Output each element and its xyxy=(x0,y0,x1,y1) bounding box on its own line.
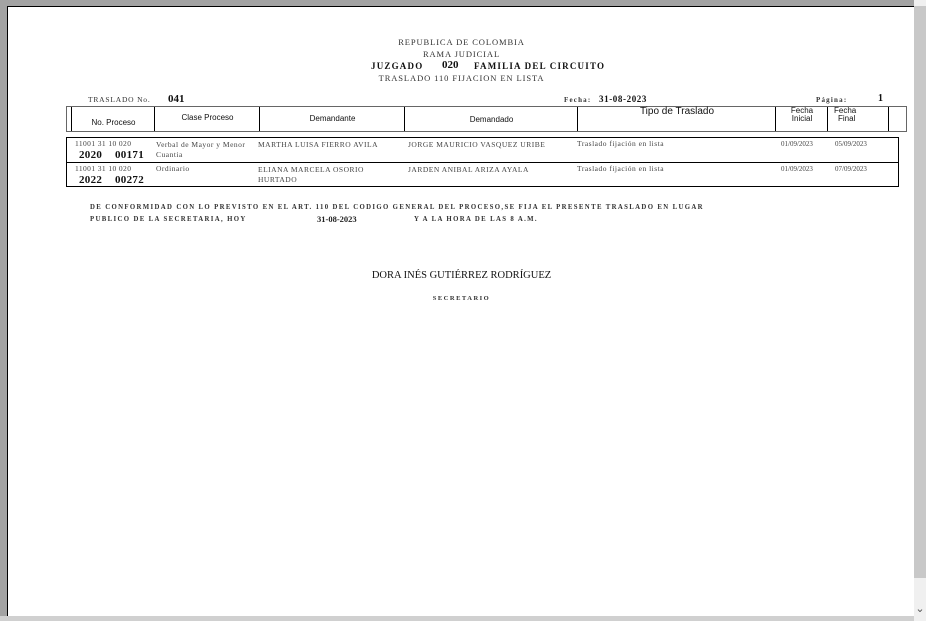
col-header-demandante: Demandante xyxy=(259,107,405,131)
table-header: No. Proceso Clase Proceso Demandante Dem… xyxy=(66,106,907,132)
col-header-no-proceso: No. Proceso xyxy=(71,107,155,131)
demandante-line2: HURTADO xyxy=(258,175,297,185)
signer-name: DORA INÉS GUTIÉRREZ RODRÍGUEZ xyxy=(8,270,915,281)
fecha-final: 07/09/2023 xyxy=(835,164,867,174)
fecha-final: 05/09/2023 xyxy=(835,139,867,149)
notice-line2-suffix: Y A LA HORA DE LAS 8 A.M. xyxy=(414,216,538,223)
col-header-fecha-inicial-line2: Inicial xyxy=(776,115,828,123)
col-header-demandado-text: Demandado xyxy=(405,115,578,124)
document-page: REPUBLICA DE COLOMBIA RAMA JUDICIAL JUZG… xyxy=(7,6,915,617)
col-header-fecha-final: Fecha Final xyxy=(827,107,889,131)
notice-date: 31-08-2023 xyxy=(317,214,357,224)
horizontal-scrollbar[interactable] xyxy=(0,616,914,621)
traslado-number-label: TRASLADO No. xyxy=(88,95,151,104)
fecha-label: Fecha: xyxy=(564,96,591,104)
notice-line1: DE CONFORMIDAD CON LO PREVISTO EN EL ART… xyxy=(90,204,704,211)
header-traslado-title: TRASLADO 110 FIJACION EN LISTA xyxy=(8,73,915,83)
signer-title: SECRETARIO xyxy=(8,295,915,302)
demandado: JORGE MAURICIO VASQUEZ URIBE xyxy=(408,140,545,150)
header-juzgado-name: FAMILIA DEL CIRCUITO xyxy=(474,61,605,71)
col-header-clase-proceso-text: Clase Proceso xyxy=(155,113,260,122)
table-row: 11001 31 10 020 2020 00171 Verbal de May… xyxy=(67,138,898,162)
col-header-fecha-inicial: Fecha Inicial xyxy=(775,107,828,131)
clase-proceso-line1: Verbal de Mayor y Menor xyxy=(156,140,245,150)
proceso-prefix: 11001 31 10 020 xyxy=(75,139,131,149)
table-body: 11001 31 10 020 2020 00171 Verbal de May… xyxy=(66,137,899,187)
col-header-demandante-text: Demandante xyxy=(260,114,405,123)
fecha-value: 31-08-2023 xyxy=(599,94,647,104)
fecha-inicial: 01/09/2023 xyxy=(781,139,813,149)
proceso-number: 00272 xyxy=(115,175,144,185)
col-header-fecha-final-line2: Final xyxy=(828,115,888,123)
pagina-value: 1 xyxy=(878,93,883,104)
tipo-traslado: Traslado fijación en lista xyxy=(577,139,664,149)
tipo-traslado: Traslado fijación en lista xyxy=(577,164,664,174)
col-header-tipo-traslado-text: Tipo de Traslado xyxy=(578,106,776,117)
table-row: 11001 31 10 020 2022 00272 Ordinario ELI… xyxy=(67,162,898,186)
proceso-number: 00171 xyxy=(115,150,144,160)
proceso-prefix: 11001 31 10 020 xyxy=(75,164,131,174)
scrollbar-thumb[interactable] xyxy=(914,6,926,578)
col-header-fecha-final-line1: Fecha xyxy=(828,107,888,115)
vertical-scrollbar[interactable]: ⌄ xyxy=(914,0,926,621)
clase-proceso-line2: Cuantia xyxy=(156,150,183,160)
header-juzgado-label: JUZGADO xyxy=(371,61,423,71)
proceso-year: 2022 xyxy=(79,175,102,185)
traslado-number-value: 041 xyxy=(168,93,185,105)
col-header-demandado: Demandado xyxy=(404,107,578,131)
header-rama-judicial: RAMA JUDICIAL xyxy=(8,49,915,59)
pagina-label: Página: xyxy=(816,96,847,104)
demandado: JARDEN ANIBAL ARIZA AYALA xyxy=(408,165,529,175)
fecha-inicial: 01/09/2023 xyxy=(781,164,813,174)
col-header-no-proceso-text: No. Proceso xyxy=(72,118,155,127)
header-republica: REPUBLICA DE COLOMBIA xyxy=(8,37,915,47)
notice-line2-prefix: PUBLICO DE LA SECRETARIA, HOY xyxy=(90,216,247,223)
proceso-year: 2020 xyxy=(79,150,102,160)
demandante-line1: MARTHA LUISA FIERRO AVILA xyxy=(258,140,378,150)
demandante-line1: ELIANA MARCELA OSORIO xyxy=(258,165,364,175)
col-header-tipo-traslado: Tipo de Traslado xyxy=(577,107,776,131)
col-header-clase-proceso: Clase Proceso xyxy=(154,107,260,131)
header-juzgado-number: 020 xyxy=(442,59,459,71)
clase-proceso-line1: Ordinario xyxy=(156,164,190,174)
chevron-down-icon[interactable]: ⌄ xyxy=(914,600,926,618)
